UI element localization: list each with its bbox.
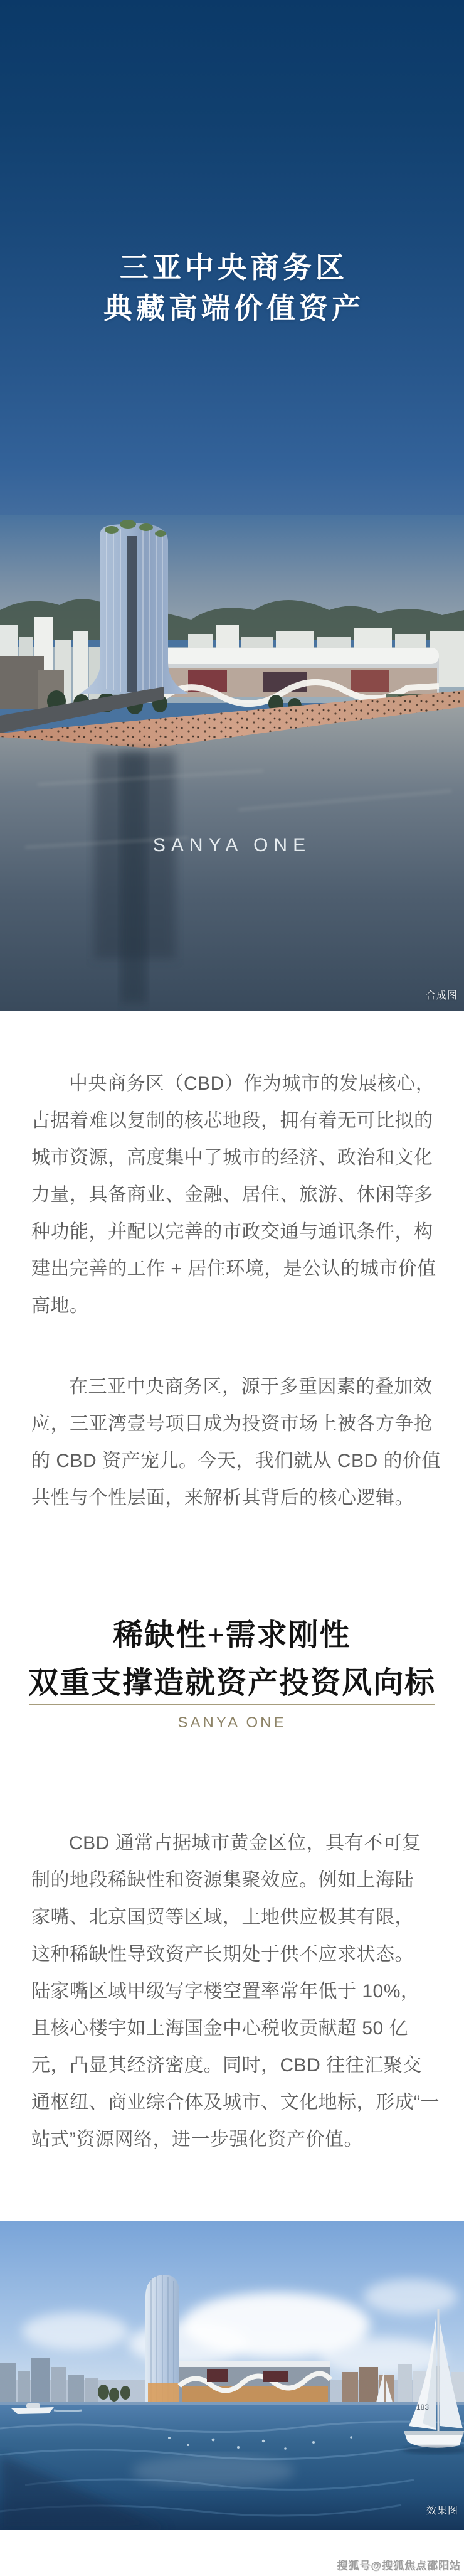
- sail-number: 183: [416, 2403, 429, 2412]
- paragraph-sanya-cbd: 在三亚中央商务区，源于多重因素的叠加效 应，三亚湾壹号项目成为投资市场上被各方争…: [31, 1368, 441, 1516]
- publisher-watermark: 搜狐号@搜狐焦点邵阳站: [337, 2559, 461, 2573]
- render-mall: [179, 2361, 330, 2405]
- section-brand-label: SANYA ONE: [0, 1714, 464, 1732]
- hero-brand-watermark: SANYA ONE: [0, 832, 464, 859]
- paragraph-cbd-intro: 中央商务区（CBD）作为城市的发展核心， 占据着难以复制的核芯地段，拥有着无可比…: [31, 1065, 436, 1324]
- article-page: 三亚中央商务区 典藏高端价值资产: [0, 0, 464, 2576]
- section-heading: 稀缺性+需求刚性 双重支撑造就资产投资风向标: [0, 1612, 464, 1707]
- paragraph-scarcity: CBD 通常占据城市黄金区位，具有不可复 制的地段稀缺性和资源集聚效应。例如上海…: [31, 1825, 440, 2158]
- section-divider: [29, 1704, 435, 1705]
- render-photo-label: 效果图: [426, 2504, 458, 2518]
- render-seafront-illustration: 183: [0, 2221, 464, 2530]
- hero-photo-label: 合成图: [426, 989, 458, 1003]
- render-tower: [145, 2275, 179, 2405]
- hero-title: 三亚中央商务区 典藏高端价值资产: [0, 247, 464, 329]
- hero-cityscape-illustration: [0, 515, 464, 1011]
- hero-composite-image: 三亚中央商务区 典藏高端价值资产: [0, 0, 464, 1011]
